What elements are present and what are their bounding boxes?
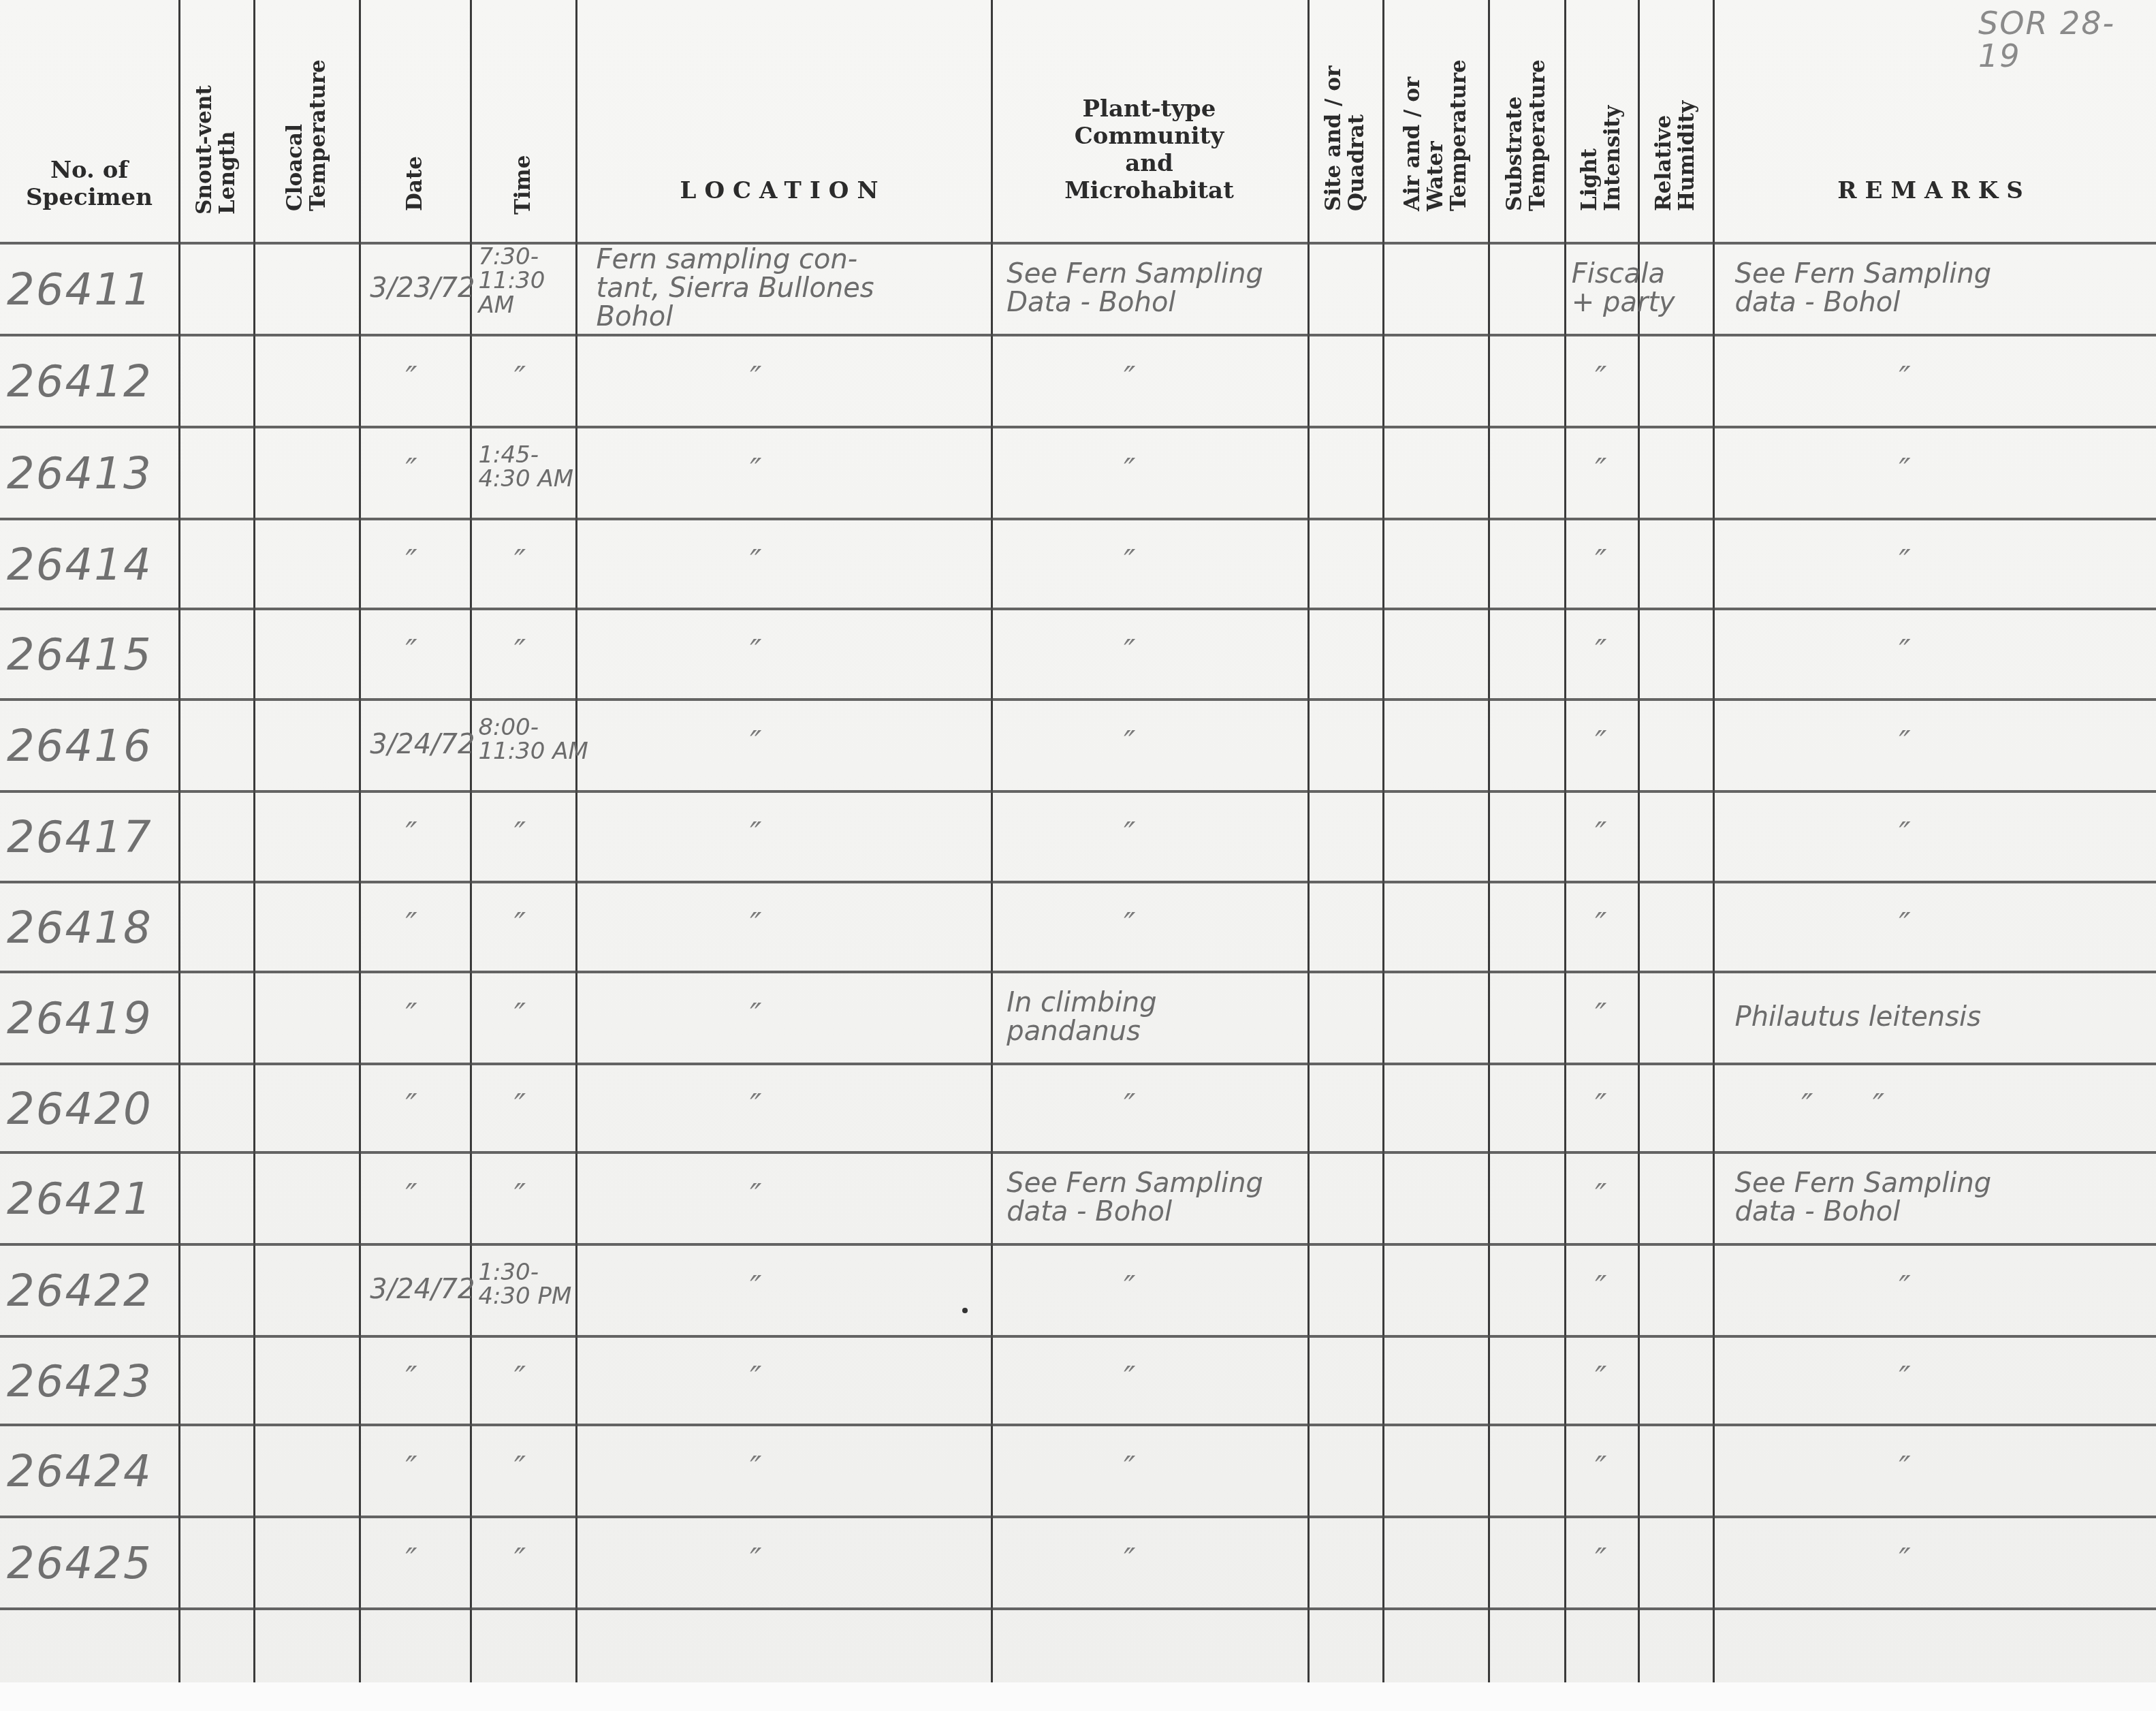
cell-remarks: ″ <box>1899 545 1910 578</box>
cell-date: 3/24/72 <box>370 730 474 759</box>
cell-date: 3/23/72 <box>370 274 474 302</box>
cell-remarks: ″ <box>1899 1362 1910 1394</box>
row-rule <box>0 1063 2156 1065</box>
cell-plant: ″ <box>1124 635 1135 668</box>
column-rule <box>1564 0 1566 1682</box>
cell-plant: ″ <box>1124 726 1135 759</box>
cell-remarks: ″ <box>1899 1451 1910 1484</box>
cell-time: ″ <box>514 817 526 850</box>
cell-plant: In climbing pandanus <box>1006 988 1156 1046</box>
cell-location: ″ <box>750 999 761 1031</box>
cell-plant: ″ <box>1124 1543 1135 1576</box>
cell-plant: ″ <box>1124 817 1135 850</box>
column-rule <box>1382 0 1384 1682</box>
cell-location: ″ <box>750 1451 761 1484</box>
cell-plant: ″ <box>1124 1089 1135 1122</box>
cell-plant: ″ <box>1124 454 1135 486</box>
header-date: Date <box>359 123 470 211</box>
cell-light: ″ <box>1595 1451 1606 1484</box>
row-rule <box>0 971 2156 973</box>
column-rule <box>178 0 180 1682</box>
cell-location: ″ <box>750 545 761 578</box>
cell-light: ″ <box>1595 362 1606 394</box>
column-rule <box>1307 0 1310 1682</box>
row-rule <box>0 334 2156 336</box>
cell-remarks: ″ <box>1899 1271 1910 1304</box>
cell-light: ″ <box>1595 1179 1606 1212</box>
cell-remarks: See Fern Sampling data - Bohol <box>1735 1169 1992 1226</box>
cell-location: ″ <box>750 635 761 668</box>
cell-remarks: See Fern Sampling data - Bohol <box>1735 260 1992 317</box>
cell-date: ″ <box>405 1362 417 1394</box>
cell-specimen: 26425 <box>7 1541 153 1587</box>
column-rule <box>1713 0 1715 1682</box>
cell-time: ″ <box>514 1543 526 1576</box>
cell-specimen: 26412 <box>7 360 153 405</box>
row-rule <box>0 242 2156 245</box>
column-rule <box>470 0 472 1682</box>
cell-location: ″ <box>750 362 761 394</box>
cell-time: ″ <box>514 545 526 578</box>
cell-time: ″ <box>514 635 526 668</box>
cell-time: ″ <box>514 1362 526 1394</box>
header-time: Time <box>470 123 575 215</box>
cell-specimen: 26418 <box>7 906 153 952</box>
cell-time: 1:45- 4:30 AM <box>478 443 573 492</box>
cell-location: Fern sampling con- tant, Sierra Bullones… <box>597 245 874 331</box>
header-site-quadrat: Site and / or Quadrat <box>1307 14 1382 211</box>
row-rule <box>0 1335 2156 1338</box>
cell-remarks: ″ <box>1899 362 1910 394</box>
cell-specimen: 26419 <box>7 996 153 1042</box>
cell-location: ″ <box>750 908 761 941</box>
cell-light: ″ <box>1595 1543 1606 1576</box>
header-specimen: No. of Specimen <box>0 136 178 211</box>
cell-location: ″ <box>750 1362 761 1394</box>
cell-remarks: ″ <box>1899 1543 1910 1576</box>
cell-date: ″ <box>405 1089 417 1122</box>
cell-plant: See Fern Sampling Data - Bohol <box>1006 260 1263 317</box>
cell-time: 1:30- 4:30 PM <box>478 1261 571 1309</box>
header-light-intensity: Light Intensity <box>1564 75 1638 211</box>
cell-date: ″ <box>405 908 417 941</box>
cell-light: ″ <box>1595 817 1606 850</box>
cell-time: 7:30- 11:30 AM <box>478 245 545 318</box>
cell-time: 8:00- 11:30 AM <box>478 716 577 764</box>
cell-plant: ″ <box>1124 1271 1135 1304</box>
header-remarks: REMARKS <box>1713 163 2156 204</box>
row-rule <box>0 1424 2156 1426</box>
cell-date: ″ <box>405 635 417 668</box>
cell-location: ″ <box>750 726 761 759</box>
cell-specimen: 26420 <box>7 1087 153 1133</box>
cell-light: ″ <box>1595 908 1606 941</box>
cell-location: ″ <box>750 1089 761 1122</box>
row-rule <box>0 790 2156 793</box>
cell-remarks: ″ <box>1899 635 1910 668</box>
cell-light: ″ <box>1595 454 1606 486</box>
paper-edge <box>0 1682 2156 1711</box>
row-rule <box>0 1243 2156 1246</box>
header-plant-type: Plant-type Community and Microhabitat <box>991 61 1307 204</box>
cell-remarks: Philautus leitensis <box>1735 1003 1981 1031</box>
row-rule <box>0 608 2156 610</box>
cell-light: ″ <box>1595 999 1606 1031</box>
header-location: LOCATION <box>575 157 991 204</box>
cell-specimen: 26416 <box>7 724 153 770</box>
row-rule <box>0 426 2156 428</box>
cell-time: ″ <box>514 1089 526 1122</box>
cell-date: ″ <box>405 1543 417 1576</box>
cell-remarks: ″ <box>1899 454 1910 486</box>
column-rule <box>359 0 361 1682</box>
cell-time: ″ <box>514 999 526 1031</box>
cell-location: ″ <box>750 454 761 486</box>
cell-location: ″ <box>750 1179 761 1212</box>
cell-date: 3/24/72 <box>370 1275 474 1304</box>
cell-time: ″ <box>514 1451 526 1484</box>
row-rule <box>0 698 2156 701</box>
cell-date: ″ <box>405 1451 417 1484</box>
cell-specimen: 26413 <box>7 452 153 497</box>
cell-remarks: ″ <box>1899 908 1910 941</box>
header-snout-vent: Snout-vent Length <box>178 54 253 215</box>
cell-light: ″ <box>1595 1271 1606 1304</box>
row-rule <box>0 1607 2156 1610</box>
cell-date: ″ <box>405 817 417 850</box>
cell-plant: ″ <box>1124 1362 1135 1394</box>
column-rule <box>575 0 577 1682</box>
header-air-water-temperature: Air and / or Water Temperature <box>1382 14 1488 211</box>
cell-specimen: 26421 <box>7 1177 153 1223</box>
cell-date: ″ <box>405 454 417 486</box>
column-rule <box>1488 0 1490 1682</box>
pencil-mark <box>962 1308 968 1313</box>
cell-remarks: ″ <box>1899 817 1910 850</box>
row-rule <box>0 1151 2156 1154</box>
header-cloacal-temperature: Cloacal Temperature <box>253 20 359 211</box>
cell-plant: ″ <box>1124 1451 1135 1484</box>
row-rule <box>0 1516 2156 1518</box>
column-rule <box>991 0 993 1682</box>
cell-specimen: 26414 <box>7 543 153 588</box>
cell-date: ″ <box>405 1179 417 1212</box>
cell-time: ″ <box>514 908 526 941</box>
cell-specimen: 26424 <box>7 1449 153 1495</box>
cell-date: ″ <box>405 545 417 578</box>
cell-location: ″ <box>750 1543 761 1576</box>
cell-specimen: 26417 <box>7 815 153 861</box>
cell-light: ″ <box>1595 635 1606 668</box>
header-relative-humidity: Relative Humidity <box>1638 75 1713 211</box>
cell-plant: ″ <box>1124 362 1135 394</box>
cell-specimen: 26422 <box>7 1269 153 1315</box>
cell-date: ″ <box>405 999 417 1031</box>
cell-time: ″ <box>514 362 526 394</box>
row-rule <box>0 881 2156 883</box>
cell-plant: ″ <box>1124 908 1135 941</box>
cell-remarks: ″ <box>1899 726 1910 759</box>
cell-specimen: 26423 <box>7 1360 153 1405</box>
cell-light: ″ <box>1595 1089 1606 1122</box>
row-rule <box>0 518 2156 520</box>
cell-light: ″ <box>1595 726 1606 759</box>
cell-location: ″ <box>750 817 761 850</box>
cell-specimen: 26415 <box>7 633 153 678</box>
specimen-data-sheet: SOR 28-19 No. of Specimen Snout-vent Len… <box>0 0 2156 1711</box>
column-rule <box>1638 0 1640 1682</box>
cell-light: Fiscala + party <box>1572 260 1675 317</box>
column-rule <box>253 0 255 1682</box>
cell-remarks: ″ ″ <box>1801 1089 1884 1122</box>
cell-specimen: 26411 <box>7 268 153 313</box>
cell-light: ″ <box>1595 1362 1606 1394</box>
cell-time: ″ <box>514 1179 526 1212</box>
cell-location: ″ <box>750 1271 761 1304</box>
cell-light: ″ <box>1595 545 1606 578</box>
cell-plant: See Fern Sampling data - Bohol <box>1006 1169 1263 1226</box>
header-substrate-temperature: Substrate Temperature <box>1488 20 1564 211</box>
cell-plant: ″ <box>1124 545 1135 578</box>
sheet-id: SOR 28-19 <box>1978 7 2156 73</box>
cell-date: ″ <box>405 362 417 394</box>
